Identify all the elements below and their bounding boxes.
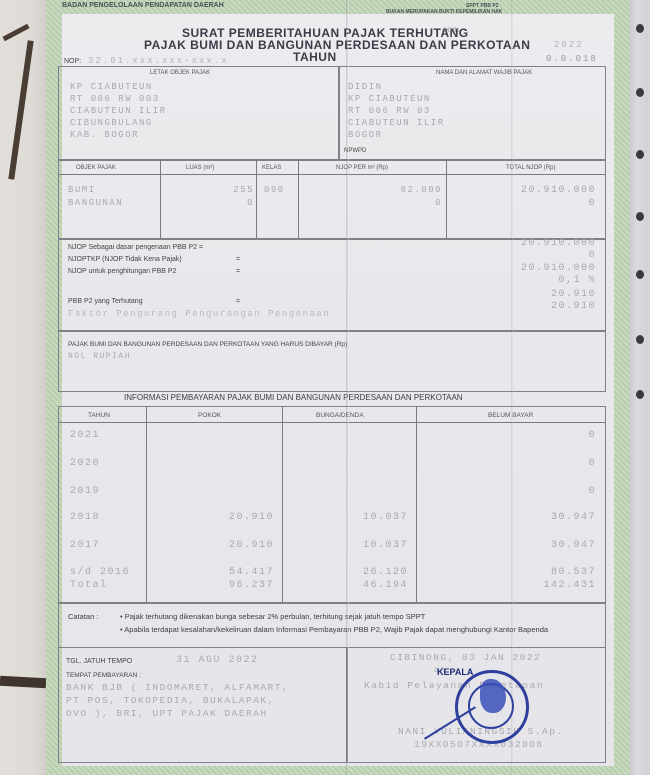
punch-hole (636, 390, 644, 399)
terbilang: NOL RUPIAH (68, 352, 131, 361)
akun-label: AKUN (442, 28, 459, 34)
form-note: BUKAN MERUPAKAN BUKTI KEPEMILIKAN HAK (386, 9, 502, 15)
table-rule (256, 160, 257, 238)
payment-row-belum-bayar: 142.431 (446, 580, 596, 591)
paper-fold (511, 0, 514, 775)
payment-row-belum-bayar: 0 (446, 458, 596, 469)
table-rule (160, 160, 161, 238)
catatan-note-text: Apabila terdapat kesalahan/kekeliruan da… (124, 625, 548, 634)
background-floor-left (0, 0, 48, 775)
catatan-note: • Apabila terdapat kesalahan/kekeliruan … (120, 624, 598, 636)
row-njop-per-m2: 82.000 (346, 185, 442, 195)
payment-row-bunga: 26.120 (296, 567, 408, 578)
payment-row-pokok: 20.910 (166, 512, 274, 523)
objek-line: CIABUTEUN ILIR (70, 106, 167, 116)
year-value: 2022 (554, 40, 584, 50)
catatan-note-text: Pajak terhutang dikenakan bunga sebesar … (125, 612, 426, 621)
payment-row-tahun: 2019 (70, 486, 100, 497)
sppt-document: BADAN PENGELOLAAN PENDAPATAN DAERAH SPPT… (46, 0, 630, 775)
punch-hole (636, 24, 644, 33)
punch-hole (636, 335, 644, 344)
tempat-label: TEMPAT PEMBAYARAN : (66, 672, 141, 679)
punch-hole (636, 88, 644, 97)
col-tahun: TAHUN (88, 412, 110, 419)
agency-name: BADAN PENGELOLAAN PENDAPATAN DAERAH (62, 2, 224, 9)
payment-row-tahun: Total (70, 580, 108, 591)
col-kelas: KELAS (262, 165, 281, 171)
calc-value: 20.910 (466, 289, 596, 300)
calc-value: 0 (466, 250, 596, 261)
wp-line: DIDIN (348, 82, 383, 92)
calc-label: PBB P2 yang Terhutang (68, 298, 143, 305)
col-pokok: POKOK (198, 412, 221, 419)
col-bunga-denda: BUNGA/DENDA (316, 412, 364, 419)
calc-label: NJOP Sebagai dasar pengenaan PBB P2 = (68, 244, 203, 251)
stamp-emblem (480, 679, 506, 713)
payment-row-tahun: 2020 (70, 458, 100, 469)
calc-value: 20.910.000 (466, 238, 596, 249)
letak-objek-heading: LETAK OBJEK PAJAK (150, 70, 210, 76)
calc-label: Faktor Pengurang Pengurangan Pengenaan (68, 309, 330, 319)
payment-row-belum-bayar: 80.537 (446, 567, 596, 578)
row-objek: BUMI (68, 185, 96, 195)
table-rule (282, 406, 283, 602)
calc-value: 0,1 % (466, 275, 596, 286)
payment-row-bunga: 10.037 (296, 540, 408, 551)
payment-row-pokok: 96.237 (166, 580, 274, 591)
col-njop-per-m2: NJOP PER m² (Rp) (336, 165, 388, 171)
wajib-pajak-heading: NAMA DAN ALAMAT WAJIB PAJAK (436, 70, 532, 76)
row-luas: 255 (196, 185, 254, 195)
row-total: 0 (476, 198, 596, 209)
tempat-line: PT POS, TOKOPEDIA, BUKALAPAK, (66, 695, 275, 706)
official-stamp (455, 670, 529, 744)
table-rule (416, 406, 417, 602)
payment-row-pokok: 20.910 (166, 540, 274, 551)
payment-row-pokok: 54.417 (166, 567, 274, 578)
punch-hole (636, 270, 644, 279)
nop-label: NOP: (64, 58, 81, 65)
payment-row-tahun: 2021 (70, 430, 100, 441)
row-njop-per-m2: 0 (346, 198, 442, 208)
punch-hole (636, 212, 644, 221)
calc-label: NJOP untuk penghitungan PBB P2 (68, 268, 176, 275)
payment-row-tahun: 2017 (70, 540, 100, 551)
nop-suffix: 0.0.018 (546, 54, 598, 64)
punch-hole (636, 150, 644, 159)
table-rule (58, 174, 605, 175)
payment-row-belum-bayar: 0 (446, 430, 596, 441)
jatuh-tempo-value: 31 AGU 2022 (176, 655, 259, 666)
payment-row-belum-bayar: 30.947 (446, 540, 596, 551)
wp-line: KP CIABUTEUN (348, 94, 431, 104)
jatuh-tempo-label: TGL. JATUH TEMPO (66, 658, 132, 665)
row-luas: 0 (196, 198, 254, 208)
table-rule (58, 422, 605, 423)
payment-row-belum-bayar: 30.947 (446, 512, 596, 523)
payment-row-bunga: 10.037 (296, 512, 408, 523)
paper-fold (346, 0, 349, 775)
payment-row-tahun: s/d 2016 (70, 567, 130, 578)
payment-row-tahun: 2018 (70, 512, 100, 523)
calc-eq: = (236, 256, 240, 263)
objek-line: CIBUNGBULANG (70, 118, 153, 128)
catatan-note: • Pajak terhutang dikenakan bunga sebesa… (120, 612, 425, 621)
col-objek: OBJEK PAJAK (76, 165, 116, 171)
wp-line: BOGOR (348, 130, 383, 140)
harus-dibayar-block (58, 330, 606, 392)
calc-eq: = (236, 268, 240, 275)
title-line-3: TAHUN (293, 50, 337, 64)
payment-row-bunga: 46.194 (296, 580, 408, 591)
harus-dibayar-label: PAJAK BUMI DAN BANGUNAN PERDESAAN DAN PE… (68, 341, 347, 348)
table-rule (446, 160, 447, 238)
calc-label: NJOPTKP (NJOP Tidak Kena Pajak) (68, 256, 182, 263)
row-total: 20.910.000 (476, 185, 596, 196)
table-rule (146, 406, 147, 602)
calc-eq: = (236, 298, 240, 305)
place-date: CIBINONG, 03 JAN 2022 (390, 652, 541, 663)
title-line-2: PAJAK BUMI DAN BANGUNAN PERDESAAN DAN PE… (144, 38, 530, 52)
objek-line: RT 006 RW 003 (70, 94, 160, 104)
tempat-line: OVO ), BRI, UPT PAJAK DAERAH (66, 708, 268, 719)
background-binder-strip (628, 0, 650, 775)
payment-row-belum-bayar: 0 (446, 486, 596, 497)
catatan-label: Catatan : (68, 612, 98, 621)
nop-value: 32.01.xxx.xxx-xxx.x (88, 56, 229, 66)
objek-line: KP CIABUTEUN (70, 82, 153, 92)
row-objek: BANGUNAN (68, 198, 123, 208)
calc-value: 20.910.000 (466, 263, 596, 274)
wp-line: RT 006 RW 03 (348, 106, 431, 116)
kepala-label: KEPALA (437, 667, 473, 677)
wp-line: CIABUTEUN ILIR (348, 118, 445, 128)
col-luas: LUAS (m²) (186, 165, 214, 171)
calc-value: 20.910 (466, 301, 596, 312)
table-rule (298, 160, 299, 238)
tempat-line: BANK BJB ( INDOMARET, ALFAMART, (66, 682, 289, 693)
row-kelas: 090 (264, 185, 285, 195)
payment-info-heading: INFORMASI PEMBAYARAN PAJAK BUMI DAN BANG… (124, 393, 463, 402)
objek-line: KAB. BOGOR (70, 130, 139, 140)
